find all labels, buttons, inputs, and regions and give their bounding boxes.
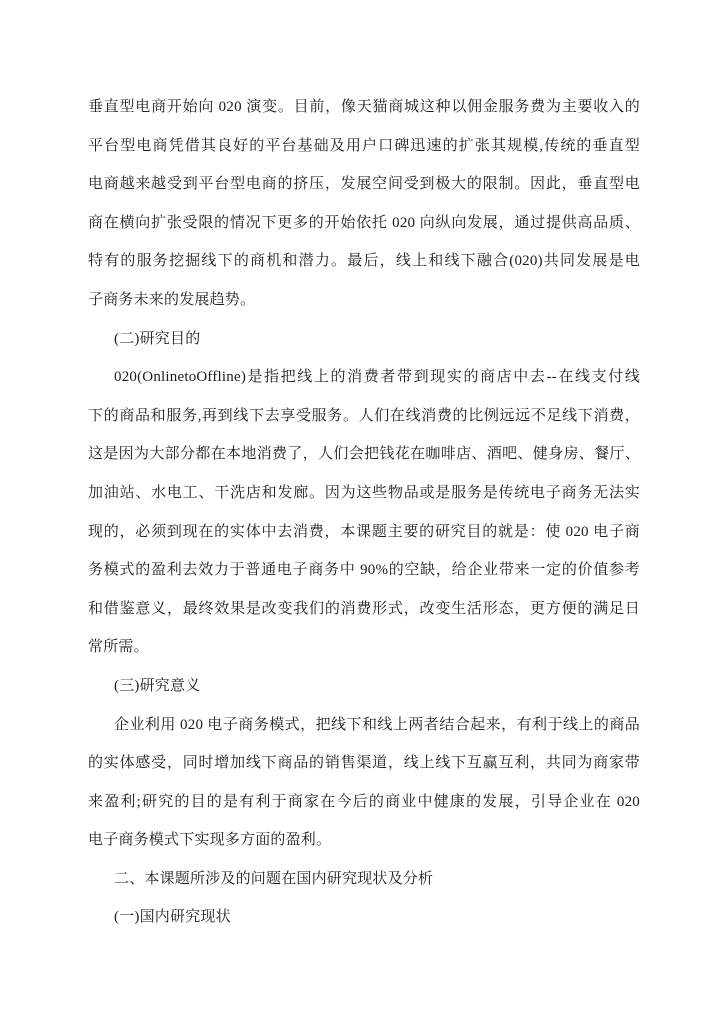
section-heading: (一)国内研究现状: [88, 898, 640, 937]
text-line: 务模式的盈利去效力于普通电子商务中 90%的空缺，给企业带来一定的价值参考: [88, 551, 640, 590]
text-line: 020(OnlinetoOffline)是指把线上的消费者带到现实的商店中去--…: [88, 358, 640, 397]
section-heading: 二、本课题所涉及的问题在国内研究现状及分析: [88, 860, 640, 899]
text-line: 下的商品和服务,再到线下去享受服务。人们在线消费的比例远远不足线下消费，: [88, 397, 640, 436]
text-line: 来盈利;研究的目的是有利于商家在今后的商业中健康的发展，引导企业在 020: [88, 783, 640, 822]
text-line: 平台型电商凭借其良好的平台基础及用户口碑迅速的扩张其规模,传统的垂直型: [88, 127, 640, 166]
document-page: 垂直型电商开始向 020 演变。目前，像天猫商城这种以佣金服务费为主要收入的 平…: [0, 0, 721, 1020]
text-line: 子商务未来的发展趋势。: [88, 281, 640, 320]
text-line: 企业利用 020 电子商务模式，把线下和线上两者结合起来，有利于线上的商品: [88, 706, 640, 745]
text-line: 特有的服务挖掘线下的商机和潜力。最后，线上和线下融合(020)共同发展是电: [88, 242, 640, 281]
section-heading: (二)研究目的: [88, 320, 640, 359]
text-line: 这是因为大部分都在本地消费了，人们会把钱花在咖啡店、酒吧、健身房、餐厅、: [88, 435, 640, 474]
document-body: 垂直型电商开始向 020 演变。目前，像天猫商城这种以佣金服务费为主要收入的 平…: [88, 88, 640, 937]
text-line: 现的，必须到现在的实体中去消费，本课题主要的研究目的就是：使 020 电子商: [88, 513, 640, 552]
text-line: 常所需。: [88, 628, 640, 667]
text-line: 商在横向扩张受限的情况下更多的开始依托 020 向纵向发展，通过提供高品质、: [88, 204, 640, 243]
section-heading: (三)研究意义: [88, 667, 640, 706]
text-line: 加油站、水电工、干洗店和发廊。因为这些物品或是服务是传统电子商务无法实: [88, 474, 640, 513]
text-line: 电子商务模式下实现多方面的盈利。: [88, 821, 640, 860]
text-line: 电商越来越受到平台型电商的挤压，发展空间受到极大的限制。因此，垂直型电: [88, 165, 640, 204]
text-line: 的实体感受，同时增加线下商品的销售渠道，线上线下互赢互利，共同为商家带: [88, 744, 640, 783]
text-line: 和借鉴意义，最终效果是改变我们的消费形式，改变生活形态，更方便的满足日: [88, 590, 640, 629]
text-line: 垂直型电商开始向 020 演变。目前，像天猫商城这种以佣金服务费为主要收入的: [88, 88, 640, 127]
